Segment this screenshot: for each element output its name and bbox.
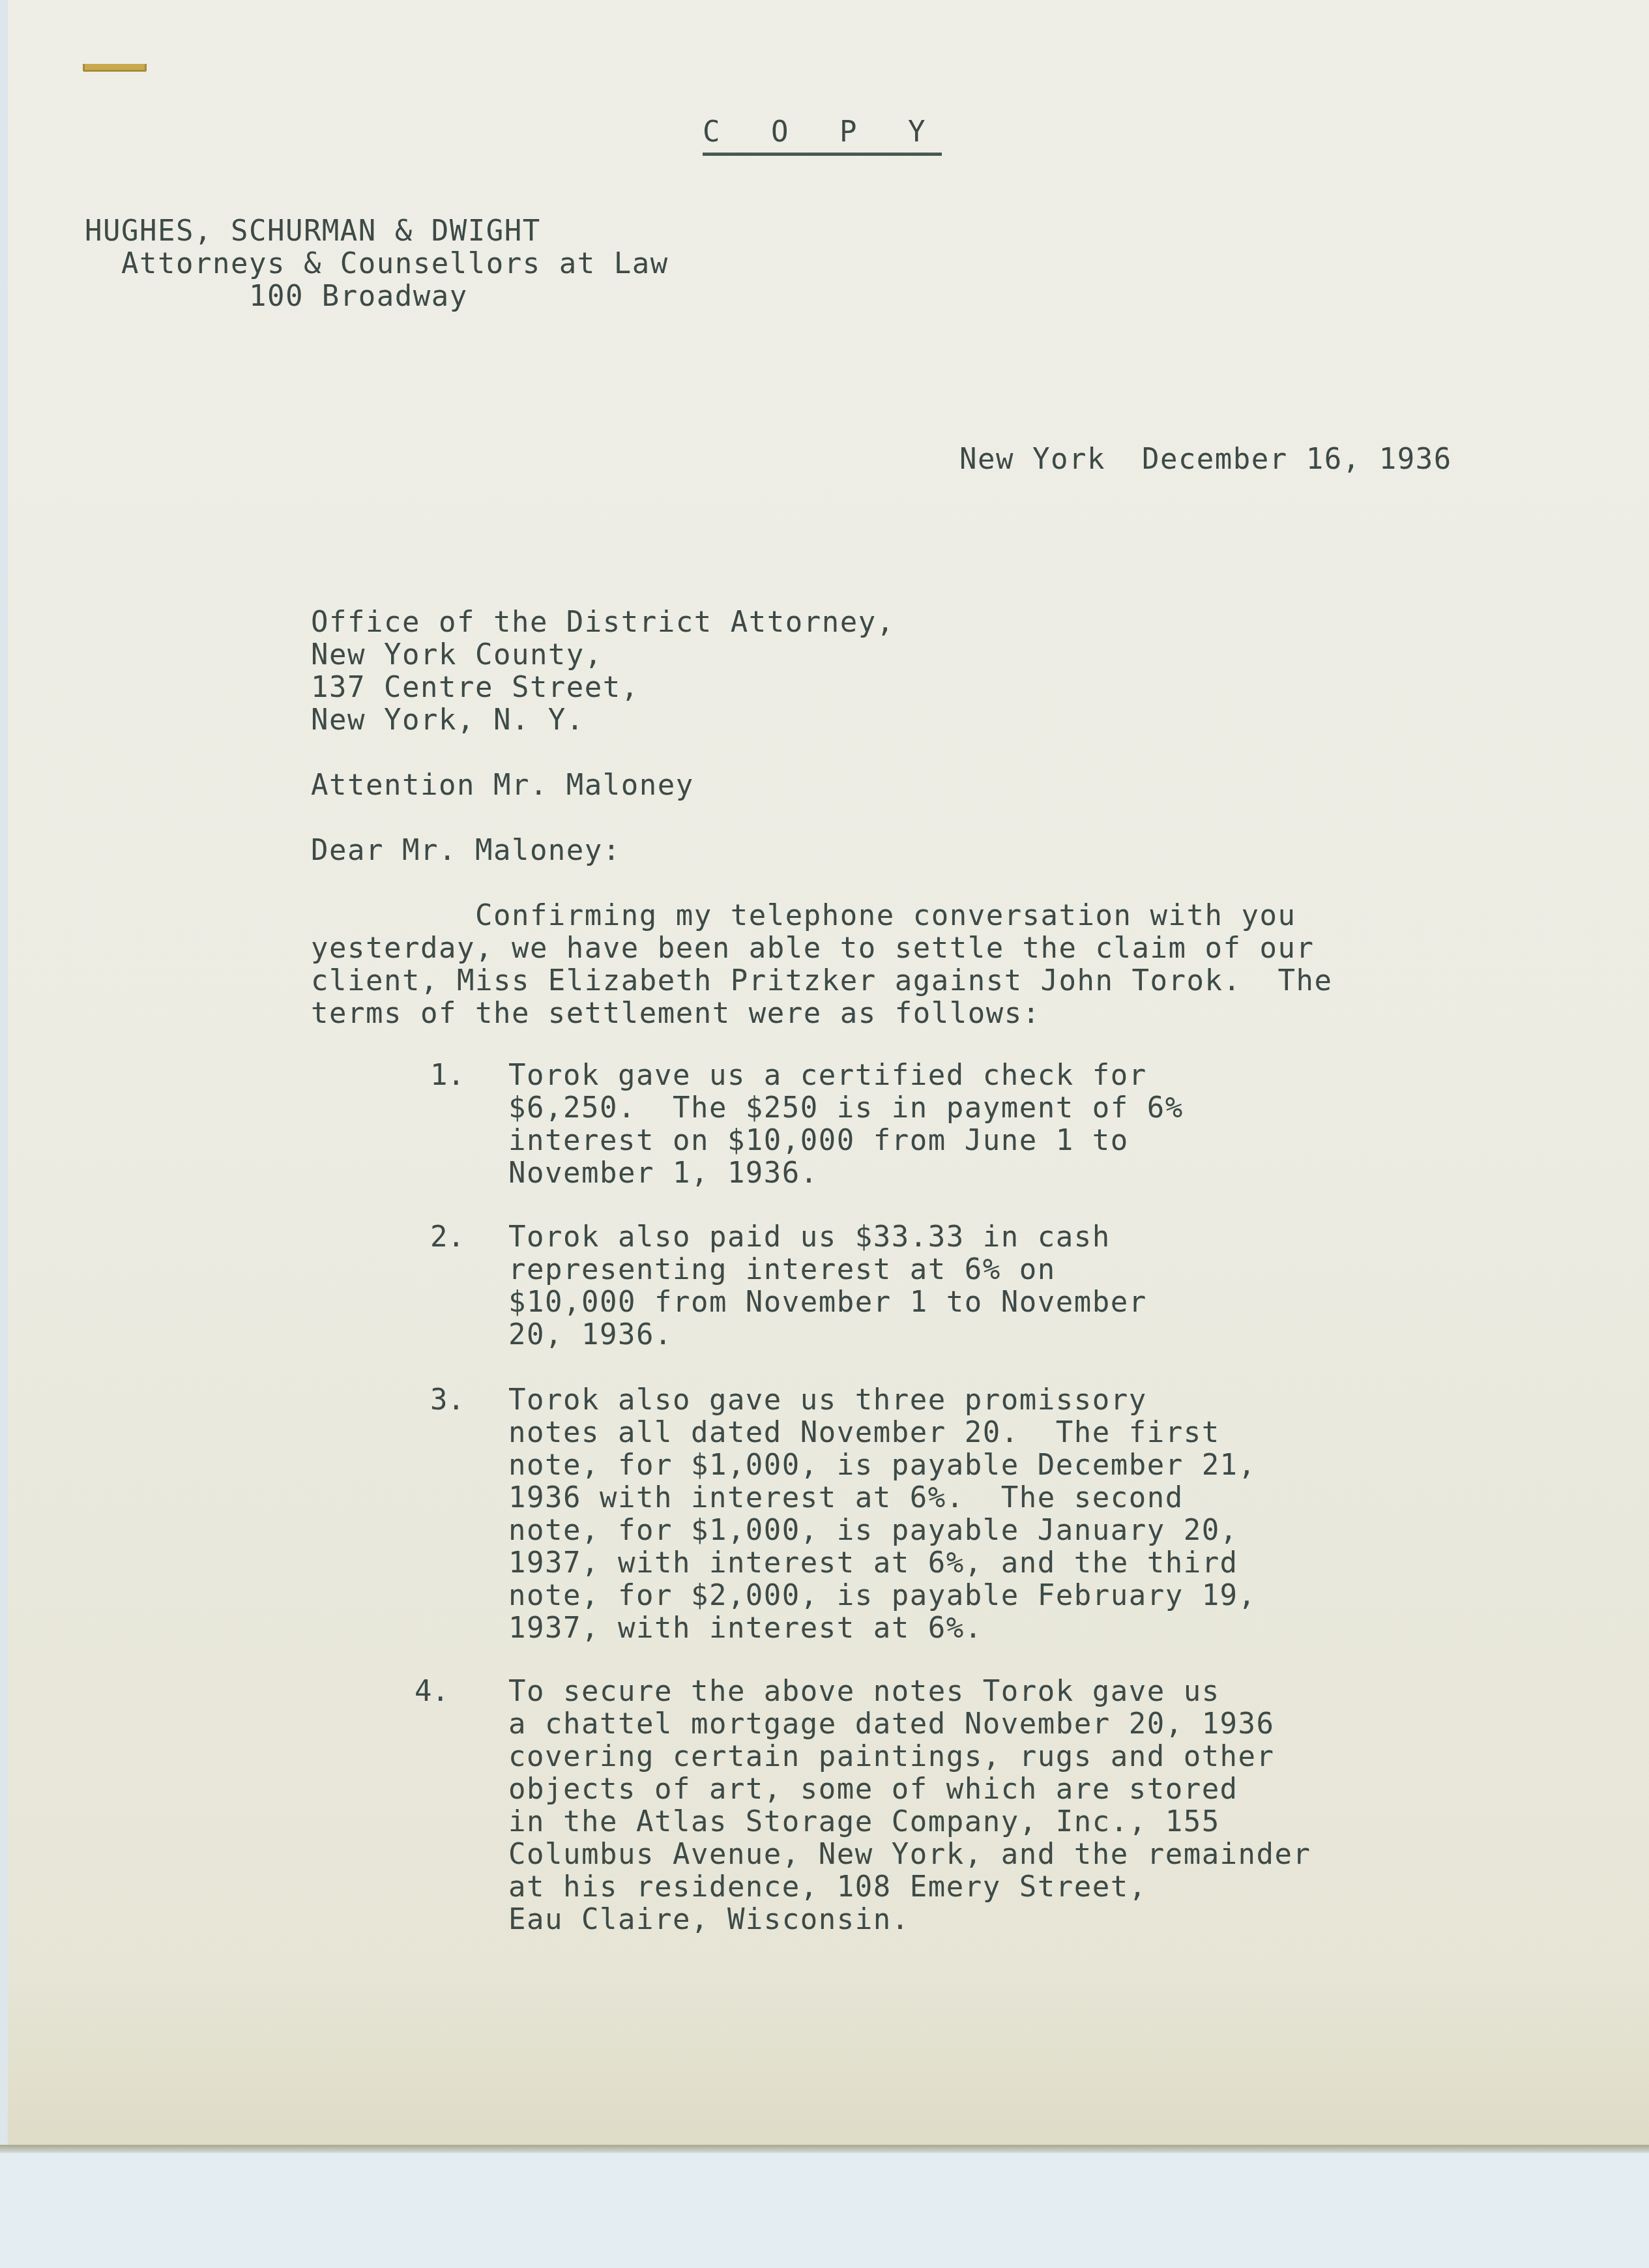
term-number: 3. (430, 1384, 465, 1417)
term-text: To secure the above notes Torok gave us … (508, 1675, 1311, 1936)
recipient-line: 137 Centre Street, (311, 671, 895, 704)
term-text: Torok also gave us three promissory note… (508, 1384, 1257, 1645)
staple-icon (83, 64, 147, 72)
recipient-line: New York County, (311, 639, 895, 671)
firm-description: Attorneys & Counsellors at Law (85, 248, 669, 280)
paragraph-line: client, Miss Elizabeth Pritzker against … (311, 965, 1332, 997)
firm-name: HUGHES, SCHURMAN & DWIGHT (85, 215, 669, 248)
recipient-line: New York, N. Y. (311, 704, 895, 737)
term-number: 4. (415, 1675, 449, 1708)
attention-line: Attention Mr. Maloney (311, 769, 694, 802)
paragraph-line: yesterday, we have been able to settle t… (311, 932, 1332, 965)
paragraph-line: Confirming my telephone conversation wit… (311, 900, 1332, 932)
copy-heading: C O P Y (703, 116, 942, 156)
paragraph-line: terms of the settlement were as follows: (311, 997, 1332, 1030)
dateline: New York December 16, 1936 (959, 443, 1452, 476)
term-number: 2. (430, 1221, 465, 1254)
recipient-address: Office of the District Attorney,New York… (311, 606, 895, 737)
salutation: Dear Mr. Maloney: (311, 834, 621, 867)
letterhead: HUGHES, SCHURMAN & DWIGHT Attorneys & Co… (85, 215, 669, 313)
firm-address: 100 Broadway (85, 280, 669, 313)
term-number: 1. (430, 1059, 465, 1092)
recipient-line: Office of the District Attorney, (311, 606, 895, 639)
term-text: Torok also paid us $33.33 in cash repres… (508, 1221, 1147, 1351)
term-text: Torok gave us a certified check for $6,2… (508, 1059, 1184, 1190)
intro-paragraph: Confirming my telephone conversation wit… (311, 900, 1332, 1030)
paper-bottom-edge (0, 2145, 1649, 2154)
